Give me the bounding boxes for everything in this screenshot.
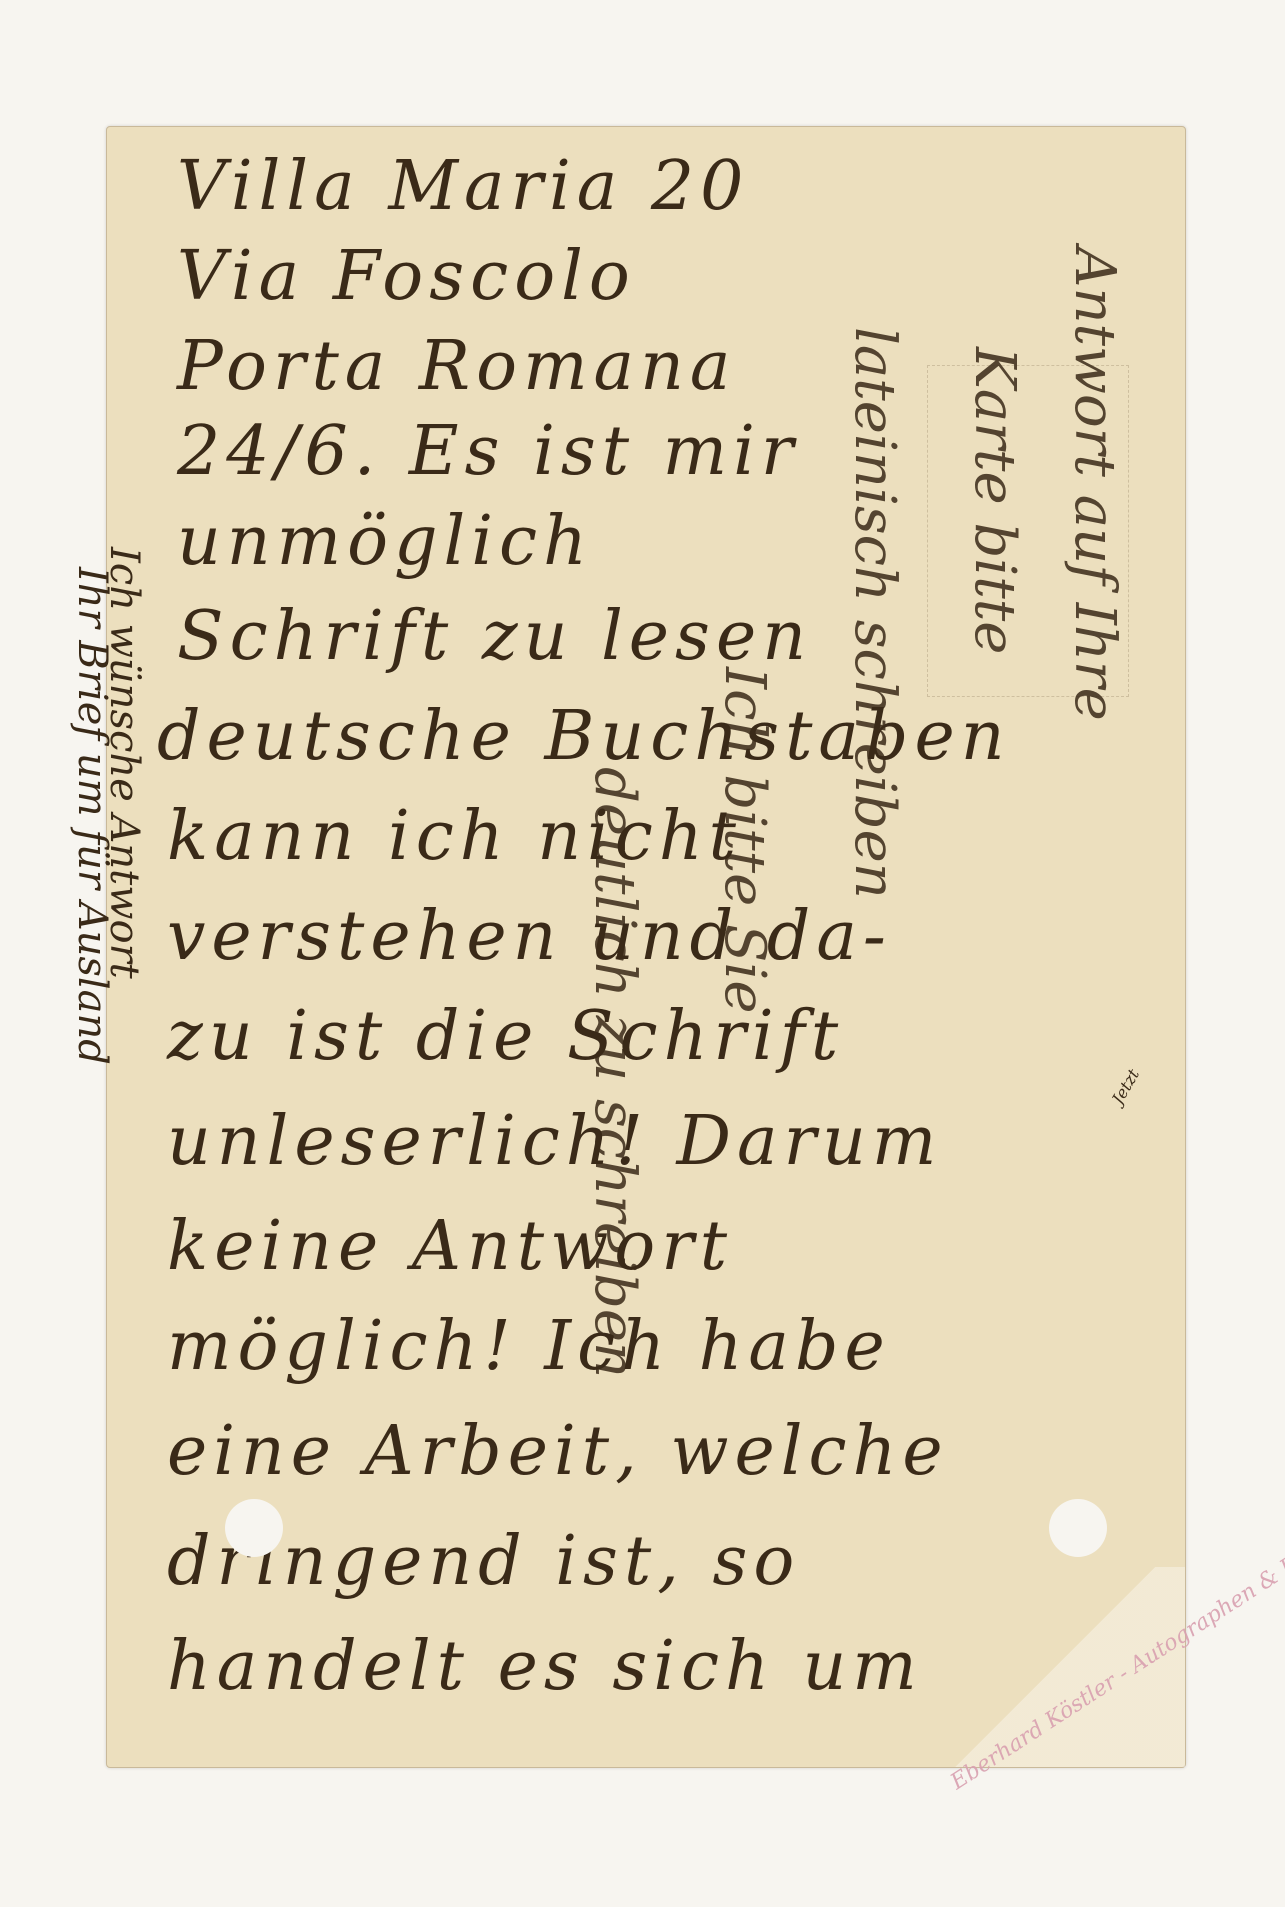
text-line-6: Schrift zu lesen bbox=[177, 597, 812, 676]
cross-writing-col-1: Antwort auf Ihre bbox=[1062, 247, 1127, 721]
postcard: Villa Maria 20 Via Foscolo Porta Romana … bbox=[106, 126, 1186, 1768]
cross-writing-col-4: Ich bitte Sie bbox=[712, 667, 777, 1013]
text-line-12: keine Antwort bbox=[167, 1207, 733, 1286]
text-line-14: eine Arbeit, welche bbox=[167, 1412, 949, 1491]
text-line-13: möglich! Ich habe bbox=[167, 1307, 891, 1386]
text-line-4: 24/6. Es ist mir bbox=[177, 412, 799, 491]
cross-writing-col-5: deutlich zu schreiben bbox=[582, 767, 647, 1378]
cross-writing-col-2: Karte bitte bbox=[962, 347, 1027, 654]
text-line-9: verstehen und da- bbox=[167, 897, 892, 976]
text-line-5: unmöglich bbox=[177, 502, 593, 581]
punch-hole-left bbox=[225, 1499, 283, 1557]
margin-text-2: Ihr Brief um für Ausland bbox=[69, 567, 115, 1065]
text-line-11: unleserlich! Darum bbox=[167, 1102, 942, 1181]
text-line-16: handelt es sich um bbox=[167, 1627, 923, 1706]
text-line-8: kann ich nicht bbox=[167, 797, 742, 876]
punch-hole-right bbox=[1049, 1499, 1107, 1557]
small-note: Jetzt bbox=[1108, 1066, 1143, 1108]
text-line-3: Porta Romana bbox=[177, 327, 736, 406]
text-line-1: Villa Maria 20 bbox=[177, 147, 749, 226]
text-line-2: Via Foscolo bbox=[177, 237, 636, 316]
cross-writing-col-3: lateinisch schreiben bbox=[842, 327, 907, 899]
